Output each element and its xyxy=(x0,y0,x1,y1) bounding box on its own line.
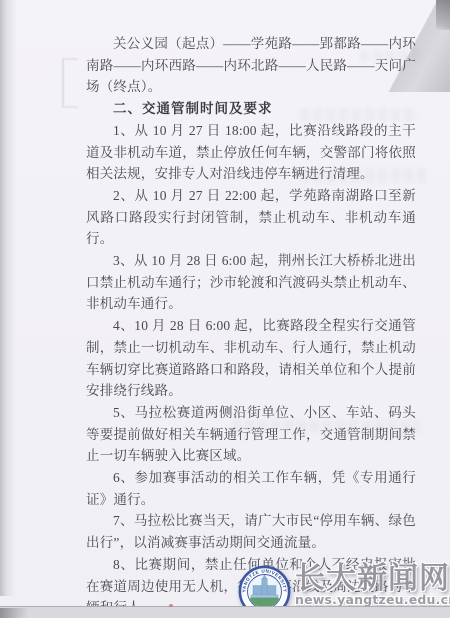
ink-bleed-bracket-artifact xyxy=(62,58,78,108)
scan-bottom-corner-mark xyxy=(0,608,28,618)
watermark-site-url: news.yangtzeu.edu.cn xyxy=(295,593,450,607)
regulation-item-3: 3、从 10 月 28 日 6:00 起，荆州长江大桥桥北进出口禁止机动车通行；… xyxy=(86,250,416,315)
route-paragraph: 关公义园（起点）——学苑路——郢都路——内环南路——内环西路——内环北路——人民… xyxy=(86,33,416,98)
watermark-text-block: 长大新闻网 news.yangtzeu.edu.cn xyxy=(295,563,450,607)
scanned-page: 关公义园（起点）——学苑路——郢都路——内环南路——内环西路——内环北路——人民… xyxy=(0,0,450,607)
document-body: 关公义园（起点）——学苑路——郢都路——内环南路——内环西路——内环北路——人民… xyxy=(86,33,416,618)
regulation-item-4: 4、10 月 28 日 6:00 起，比赛路段全程实行交通管制，禁止一切机动车、… xyxy=(86,315,416,402)
scan-bottom-edge xyxy=(0,606,450,618)
scan-corner-shadow xyxy=(436,0,450,30)
red-speck-artifact xyxy=(169,604,173,607)
regulation-item-7: 7、马拉松比赛当天，请广大市民“停用车辆、绿色出行”，以消减赛事活动期间交通流量… xyxy=(86,510,416,553)
regulation-item-2: 2、从 10 月 27 日 22:00 起，学苑路南湖路口至新风路口路段实行封闭… xyxy=(86,185,416,250)
watermark-site-name: 长大新闻网 xyxy=(295,563,450,594)
scan-left-edge-shadow xyxy=(0,0,16,596)
regulation-item-6: 6、参加赛事活动的相关工作车辆，凭《专用通行证》通行。 xyxy=(86,467,416,510)
regulation-item-5: 5、马拉松赛道两侧沿街单位、小区、车站、码头等要提前做好相关车辆通行管理工作，交… xyxy=(86,402,416,467)
section-heading: 二、交通管制时间及要求 xyxy=(86,98,416,120)
regulation-item-1: 1、从 10 月 27 日 18:00 起，比赛沿线路段的主干道及非机动车道，禁… xyxy=(86,120,416,185)
